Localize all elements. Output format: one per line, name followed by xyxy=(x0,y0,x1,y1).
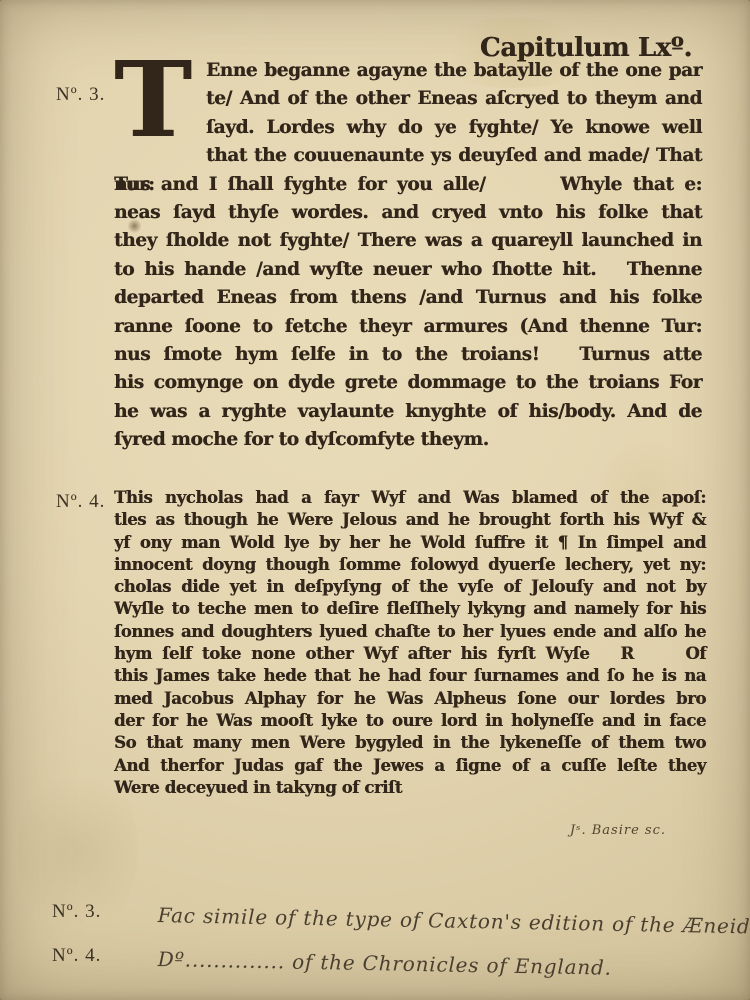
text-line: ranne ſoone to fetche theyr armures (And… xyxy=(114,313,702,341)
text-line: Enne beganne agayne the bataylle of the … xyxy=(114,57,702,85)
text-line: And therfor Judas gaf the Jewes a ſigne … xyxy=(114,755,706,777)
text-line: neas ſayd thyſe wordes. and cryed vnto h… xyxy=(114,199,702,227)
caption-number-4: Nº. 4. xyxy=(52,945,101,967)
facsimile-block-chronicles: This nycholas had a fayr Wyf and Was bla… xyxy=(114,487,706,799)
decorative-initial-letter: T xyxy=(114,59,200,143)
figure-number-3: Nº. 3. xyxy=(56,84,105,106)
text-line: So that many men Were bygyled in the lyk… xyxy=(114,732,706,754)
caption-text-aeneid: Fac simile of the type of Caxton's editi… xyxy=(158,903,750,939)
text-line: tles as though he Were Jelous and he bro… xyxy=(114,509,706,531)
text-line: to his hande /and wyſte neuer who ſhotte… xyxy=(114,256,702,284)
engraved-plate-page: Capitulum Lxº. Nº. 3. T Enne beganne aga… xyxy=(0,0,750,1000)
text-line: hym ſelf toke none other Wyf after his f… xyxy=(114,643,706,665)
caption-row-4: Nº. 4. Dº.............. of the Chronicle… xyxy=(0,937,750,981)
text-line: they ſholde not fyghte/ There was a quar… xyxy=(114,227,702,255)
text-line: ſyred moche for to dyſcomfyte theym. xyxy=(114,426,702,454)
text-line: This nycholas had a fayr Wyf and Was bla… xyxy=(114,487,706,509)
engraver-credit: Jˢ. Basire sc. xyxy=(570,823,666,838)
text-line: ſonnes and doughters lyued chaſte to her… xyxy=(114,621,706,643)
text-line: his comynge on dyde grete dommage to the… xyxy=(114,369,702,397)
text-line: Were deceyued in takyng of criſt xyxy=(114,777,706,799)
text-line: this James take hede that he had four ſu… xyxy=(114,665,706,687)
caption-row-3: Nº. 3. Fac simile of the type of Caxton'… xyxy=(0,893,750,937)
text-line: that the couuenaunte ys deuyſed and made… xyxy=(114,142,702,170)
text-line: departed Eneas from thens /and Turnus an… xyxy=(114,284,702,312)
text-line: te/ And of the other Eneas aſcryed to th… xyxy=(114,85,702,113)
blackletter-text-chronicles: This nycholas had a fayr Wyf and Was bla… xyxy=(114,487,706,799)
text-line: cholas dide yet in deſpyſyng of the vyſe… xyxy=(114,576,706,598)
text-line: med Jacobus Alphay for he Was Alpheus ſo… xyxy=(114,688,706,710)
caption-number-3: Nº. 3. xyxy=(52,901,101,923)
text-line: nus and I ſhall fyghte for you alle/ Why… xyxy=(114,171,702,199)
text-line: innocent doyng though ſomme folowyd dyue… xyxy=(114,554,706,576)
text-line: yf ony man Wold lye by her he Wold ſuffr… xyxy=(114,532,706,554)
text-line: Wyſle to teche men to deſire fleſſhely l… xyxy=(114,598,706,620)
text-line: ſayd. Lordes why do ye fyghte/ Ye knowe … xyxy=(114,114,702,142)
figure-number-4: Nº. 4. xyxy=(56,491,105,513)
text-line: he was a ryghte vaylaunte knyghte of his… xyxy=(114,398,702,426)
blackletter-text-aeneid: Enne beganne agayne the bataylle of the … xyxy=(114,57,702,454)
text-line: nus ſmote hym ſelfe in to the troians! T… xyxy=(114,341,702,369)
facsimile-block-aeneid: T Enne beganne agayne the bataylle of th… xyxy=(114,57,702,454)
text-line: der for he Was mooſt lyke to oure lord i… xyxy=(114,710,706,732)
caption-text-chronicles: Dº.............. of the Chronicles of En… xyxy=(158,947,612,980)
